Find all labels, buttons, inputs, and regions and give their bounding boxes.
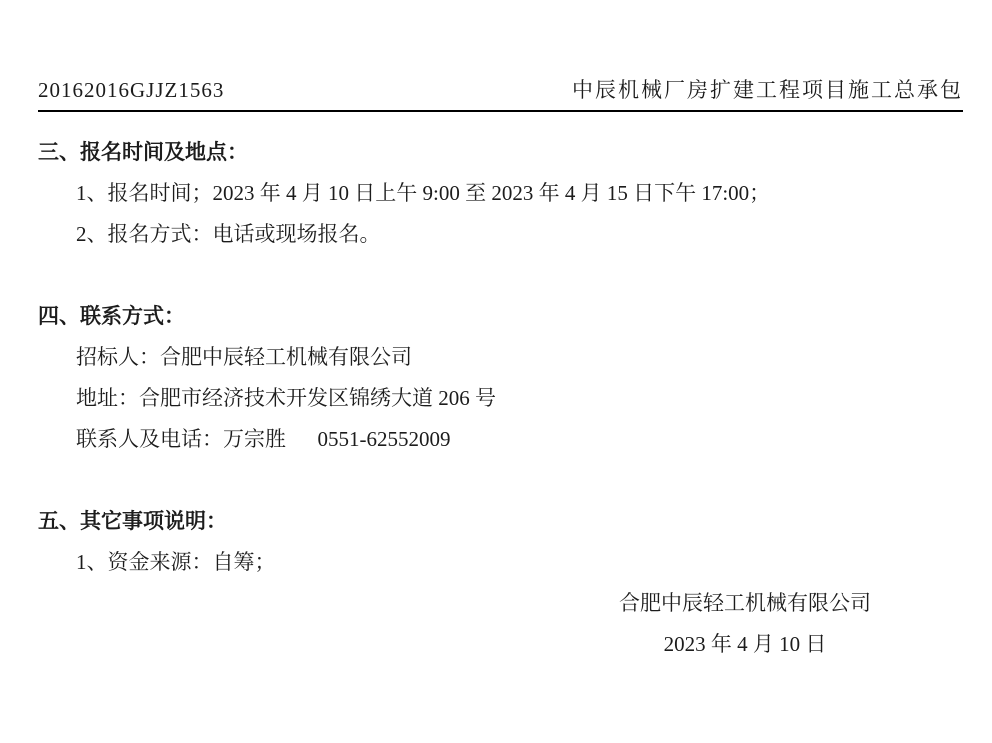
registration-method-line: 2、报名方式：电话或现场报名。 (38, 214, 963, 255)
funding-source-line: 1、资金来源：自筹； (38, 542, 963, 583)
document-body: 三、报名时间及地点： 1、报名时间；2023 年 4 月 10 日上午 9:00… (38, 132, 963, 665)
tenderee-line: 招标人：合肥中辰轻工机械有限公司 (38, 337, 963, 378)
signature-block: 合肥中辰轻工机械有限公司 2023 年 4 月 10 日 (527, 583, 963, 665)
registration-time-line: 1、报名时间；2023 年 4 月 10 日上午 9:00 至 2023 年 4… (38, 173, 963, 214)
document-header: 20162016GJJZ1563 中辰机械厂房扩建工程项目施工总承包 (38, 0, 963, 112)
contact-phone-line: 联系人及电话：万宗胜 0551-62552009 (38, 419, 963, 460)
document-page: 20162016GJJZ1563 中辰机械厂房扩建工程项目施工总承包 三、报名时… (0, 0, 992, 743)
section-heading-contact: 四、联系方式： (38, 296, 963, 337)
doc-number: 20162016GJJZ1563 (38, 78, 224, 103)
section-spacer (38, 255, 963, 296)
address-line: 地址：合肥市经济技术开发区锦绣大道 206 号 (38, 378, 963, 419)
section-heading-other-notes: 五、其它事项说明： (38, 501, 963, 542)
signature-date: 2023 年 4 月 10 日 (527, 624, 963, 665)
project-title: 中辰机械厂房扩建工程项目施工总承包 (572, 74, 963, 104)
section-spacer (38, 460, 963, 501)
signature-company: 合肥中辰轻工机械有限公司 (527, 583, 963, 624)
section-heading-registration: 三、报名时间及地点： (38, 132, 963, 173)
